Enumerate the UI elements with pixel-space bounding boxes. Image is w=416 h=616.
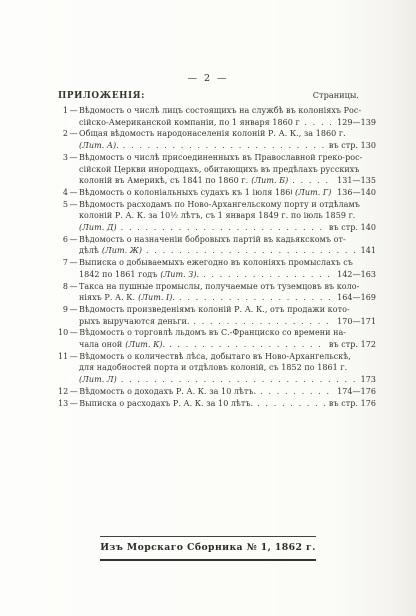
item-text: ніяхъ Р. А. К. [79,292,135,304]
dot-leader: . . . . . . . . . . . . . . . . . . . . … [260,386,334,398]
page-reference: въ стр. 176 [329,398,376,410]
item-text: Выписка о расходахъ Р. А. К. за 10 лѣтъ. [79,398,253,410]
item-lit-reference: (Лит. З). [157,269,199,281]
item-text: Вѣдомость о колоніальныхъ судахъ къ 1 ію… [79,187,292,199]
toc-line: 5—Вѣдомость расходамъ по Ново-Архангельс… [58,199,376,211]
appendices-heading: ПРИЛОЖЕНІЯ: [58,91,145,101]
toc-line: 1—Вѣдомость о числѣ лицъ состоящихъ на с… [58,105,376,117]
toc-line: ніяхъ Р. А. К.(Лит. І).. . . . . . . . .… [58,292,376,304]
toc-line: колоній Р. А. К. за 10½ лѣтъ, съ 1 январ… [58,210,376,222]
item-text: дѣлѣ [79,245,99,257]
dot-leader: . . . . . . . . . . . . . . . . . . . . … [146,245,358,257]
toc-line: 10—Вѣдомость о торговлѣ льдомъ въ С.-Фра… [58,327,376,339]
page-reference: въ стр. 172 [329,339,376,351]
table-of-contents: ПРИЛОЖЕНІЯ: Страницы. 1—Вѣдомость о числ… [58,90,376,409]
page-reference: 164—169 [337,292,376,304]
item-number: 5 [58,199,68,211]
item-text: колоній въ Америкѣ, съ 1841 по 1860 г. [79,175,248,187]
item-number-separator: — [68,234,79,246]
item-lit-reference: (Лит. Ж) [99,245,142,257]
item-text: чала оной [79,339,122,351]
item-number: 7 [58,257,68,269]
dot-leader: . . . . . . . . . . . . . . . . . . . . … [179,292,334,304]
item-text: Вѣдомость о назначеніи бобровыхъ партій … [79,234,346,246]
toc-line: рыхъ выручаются деньги.. . . . . . . . .… [58,316,376,328]
item-number-separator: — [68,386,79,398]
item-lit-reference: (Лит. К). [122,339,165,351]
page-reference: 142—163 [337,269,376,281]
dot-leader: . . . . . . . . . . . . . . . . . . . . … [304,117,334,129]
item-number: 2 [58,128,68,140]
toc-line: 3—Вѣдомость о числѣ присоединенныхъ въ П… [58,152,376,164]
item-text: 1842 по 1861 годъ [79,269,157,281]
dot-leader: . . . . . . . . . . . . . . . . . . . . … [292,175,334,187]
toc-line: сійской Церкви инородцахъ, обитающихъ въ… [58,164,376,176]
item-text: Выписка о добываемыхъ ежегодно въ колоні… [79,257,353,269]
page-number: — 2 — [0,73,416,84]
page-reference: въ стр. 140 [329,222,376,234]
toc-line: 12—Вѣдомость о доходахъ Р. А. К. за 10 л… [58,386,376,398]
page-reference: въ стр. 130 [329,140,376,152]
item-number-separator: — [68,257,79,269]
item-number: 1 [58,105,68,117]
item-text: Вѣдомость о доходахъ Р. А. К. за 10 лѣтъ… [79,386,256,398]
dot-leader: . . . . . . . . . . . . . . . . . . . . … [123,140,326,152]
item-text: колоній Р. А. К. за 10½ лѣтъ, съ 1 январ… [79,210,355,222]
item-text: Вѣдомость о торговлѣ льдомъ въ С.-Франци… [79,327,346,339]
item-number-separator: — [68,128,79,140]
item-number: 8 [58,281,68,293]
toc-header: ПРИЛОЖЕНІЯ: Страницы. [58,90,376,101]
page-reference: 141 [361,245,376,257]
toc-list: 1—Вѣдомость о числѣ лицъ состоящихъ на с… [58,105,376,409]
item-number-separator: — [68,187,79,199]
toc-line: сійско-Американской компаніи, по 1 январ… [58,117,376,129]
item-number-separator: — [68,199,79,211]
item-number-separator: — [68,105,79,117]
item-number-separator: — [68,304,79,316]
item-text: сійской Церкви инородцахъ, обитающихъ въ… [79,164,359,176]
toc-line: 11—Вѣдомость о количествѣ лѣса, добытаго… [58,351,376,363]
page-reference: 136—140 [337,187,376,199]
toc-line: (Лит. А).. . . . . . . . . . . . . . . .… [58,140,376,152]
page-reference: 174—176 [337,386,376,398]
toc-line: 9—Вѣдомость произведеніямъ колоній Р. А.… [58,304,376,316]
toc-line: 6—Вѣдомость о назначеніи бобровыхъ парті… [58,234,376,246]
toc-line: 8—Такса на пушные промыслы, получаемые о… [58,281,376,293]
item-number: 3 [58,152,68,164]
item-number: 13 [58,398,68,410]
page-reference: 129—139 [337,117,376,129]
dot-leader: . . . . . . . . . . . . . . . . . . . . … [193,316,334,328]
item-number-separator: — [68,152,79,164]
dot-leader: . . . . . . . . . . . . . . . . . . . . … [169,339,326,351]
item-text: рыхъ выручаются деньги. [79,316,189,328]
source-footer-text: Изъ Морскаго Сборника № 1, 1862 г. [100,542,316,553]
item-text: Вѣдомость о числѣ лицъ состоящихъ на слу… [79,105,361,117]
dot-leader: . . . . . . . . . . . . . . . . . . . . … [121,222,326,234]
item-lit-reference: (Лит. Д) [79,222,117,234]
page-reference: 173 [361,374,376,386]
item-lit-reference: (Лит. Б) [248,175,288,187]
scanned-document-page: — 2 — ПРИЛОЖЕНІЯ: Страницы. 1—Вѣдомость … [0,0,416,616]
toc-line: 4—Вѣдомость о колоніальныхъ судахъ къ 1 … [58,187,376,199]
toc-line: 2—Общая вѣдомость народонаселенія колоні… [58,128,376,140]
toc-line: (Лит. Д). . . . . . . . . . . . . . . . … [58,222,376,234]
dot-leader: . . . . . . . . . . . . . . . . . . . . … [203,269,334,281]
item-text: для надобностей порта и отдѣловъ колоній… [79,362,347,374]
item-number: 10 [58,327,68,339]
item-number: 4 [58,187,68,199]
item-number: 12 [58,386,68,398]
item-text: Вѣдомость расходамъ по Ново-Архангельско… [79,199,360,211]
item-number-separator: — [68,281,79,293]
item-text: сійско-Американской компаніи, по 1 январ… [79,117,300,129]
toc-line: (Лит. Л). . . . . . . . . . . . . . . . … [58,374,376,386]
toc-line: для надобностей порта и отдѣловъ колоній… [58,362,376,374]
item-text: Вѣдомость произведеніямъ колоній Р. А. К… [79,304,350,316]
item-text: Общая вѣдомость народонаселенія колоній … [79,128,346,140]
item-number-separator: — [68,351,79,363]
item-text: Вѣдомость о количествѣ лѣса, добытаго въ… [79,351,351,363]
toc-line: 7—Выписка о добываемыхъ ежегодно въ коло… [58,257,376,269]
item-lit-reference: (Лит. І). [135,292,175,304]
toc-line: дѣлѣ(Лит. Ж). . . . . . . . . . . . . . … [58,245,376,257]
page-reference: 170—171 [337,316,376,328]
toc-line: 1842 по 1861 годъ(Лит. З).. . . . . . . … [58,269,376,281]
item-lit-reference: (Лит. Л) [79,374,117,386]
source-footer: Изъ Морскаго Сборника № 1, 1862 г. [100,536,316,561]
pages-column-heading: Страницы. [313,90,359,100]
item-number: 6 [58,234,68,246]
dot-leader: . . . . . . . . . . . . . . . . . . . . … [257,398,326,410]
item-number-separator: — [68,327,79,339]
item-number-separator: — [68,398,79,410]
toc-line: 13—Выписка о расходахъ Р. А. К. за 10 лѣ… [58,398,376,410]
item-number: 9 [58,304,68,316]
item-lit-reference: (Лит. А). [79,140,119,152]
page-reference: 131—135 [337,175,376,187]
toc-line: колоній въ Америкѣ, съ 1841 по 1860 г.(Л… [58,175,376,187]
item-lit-reference: (Лит. Г) [292,187,331,199]
item-text: Вѣдомость о числѣ присоединенныхъ въ Пра… [79,152,362,164]
dot-leader: . . . . . . . . . . . . . . . . . . . . … [121,374,358,386]
toc-line: чала оной(Лит. К).. . . . . . . . . . . … [58,339,376,351]
item-number: 11 [58,351,68,363]
item-text: Такса на пушные промыслы, получаемые отъ… [79,281,359,293]
